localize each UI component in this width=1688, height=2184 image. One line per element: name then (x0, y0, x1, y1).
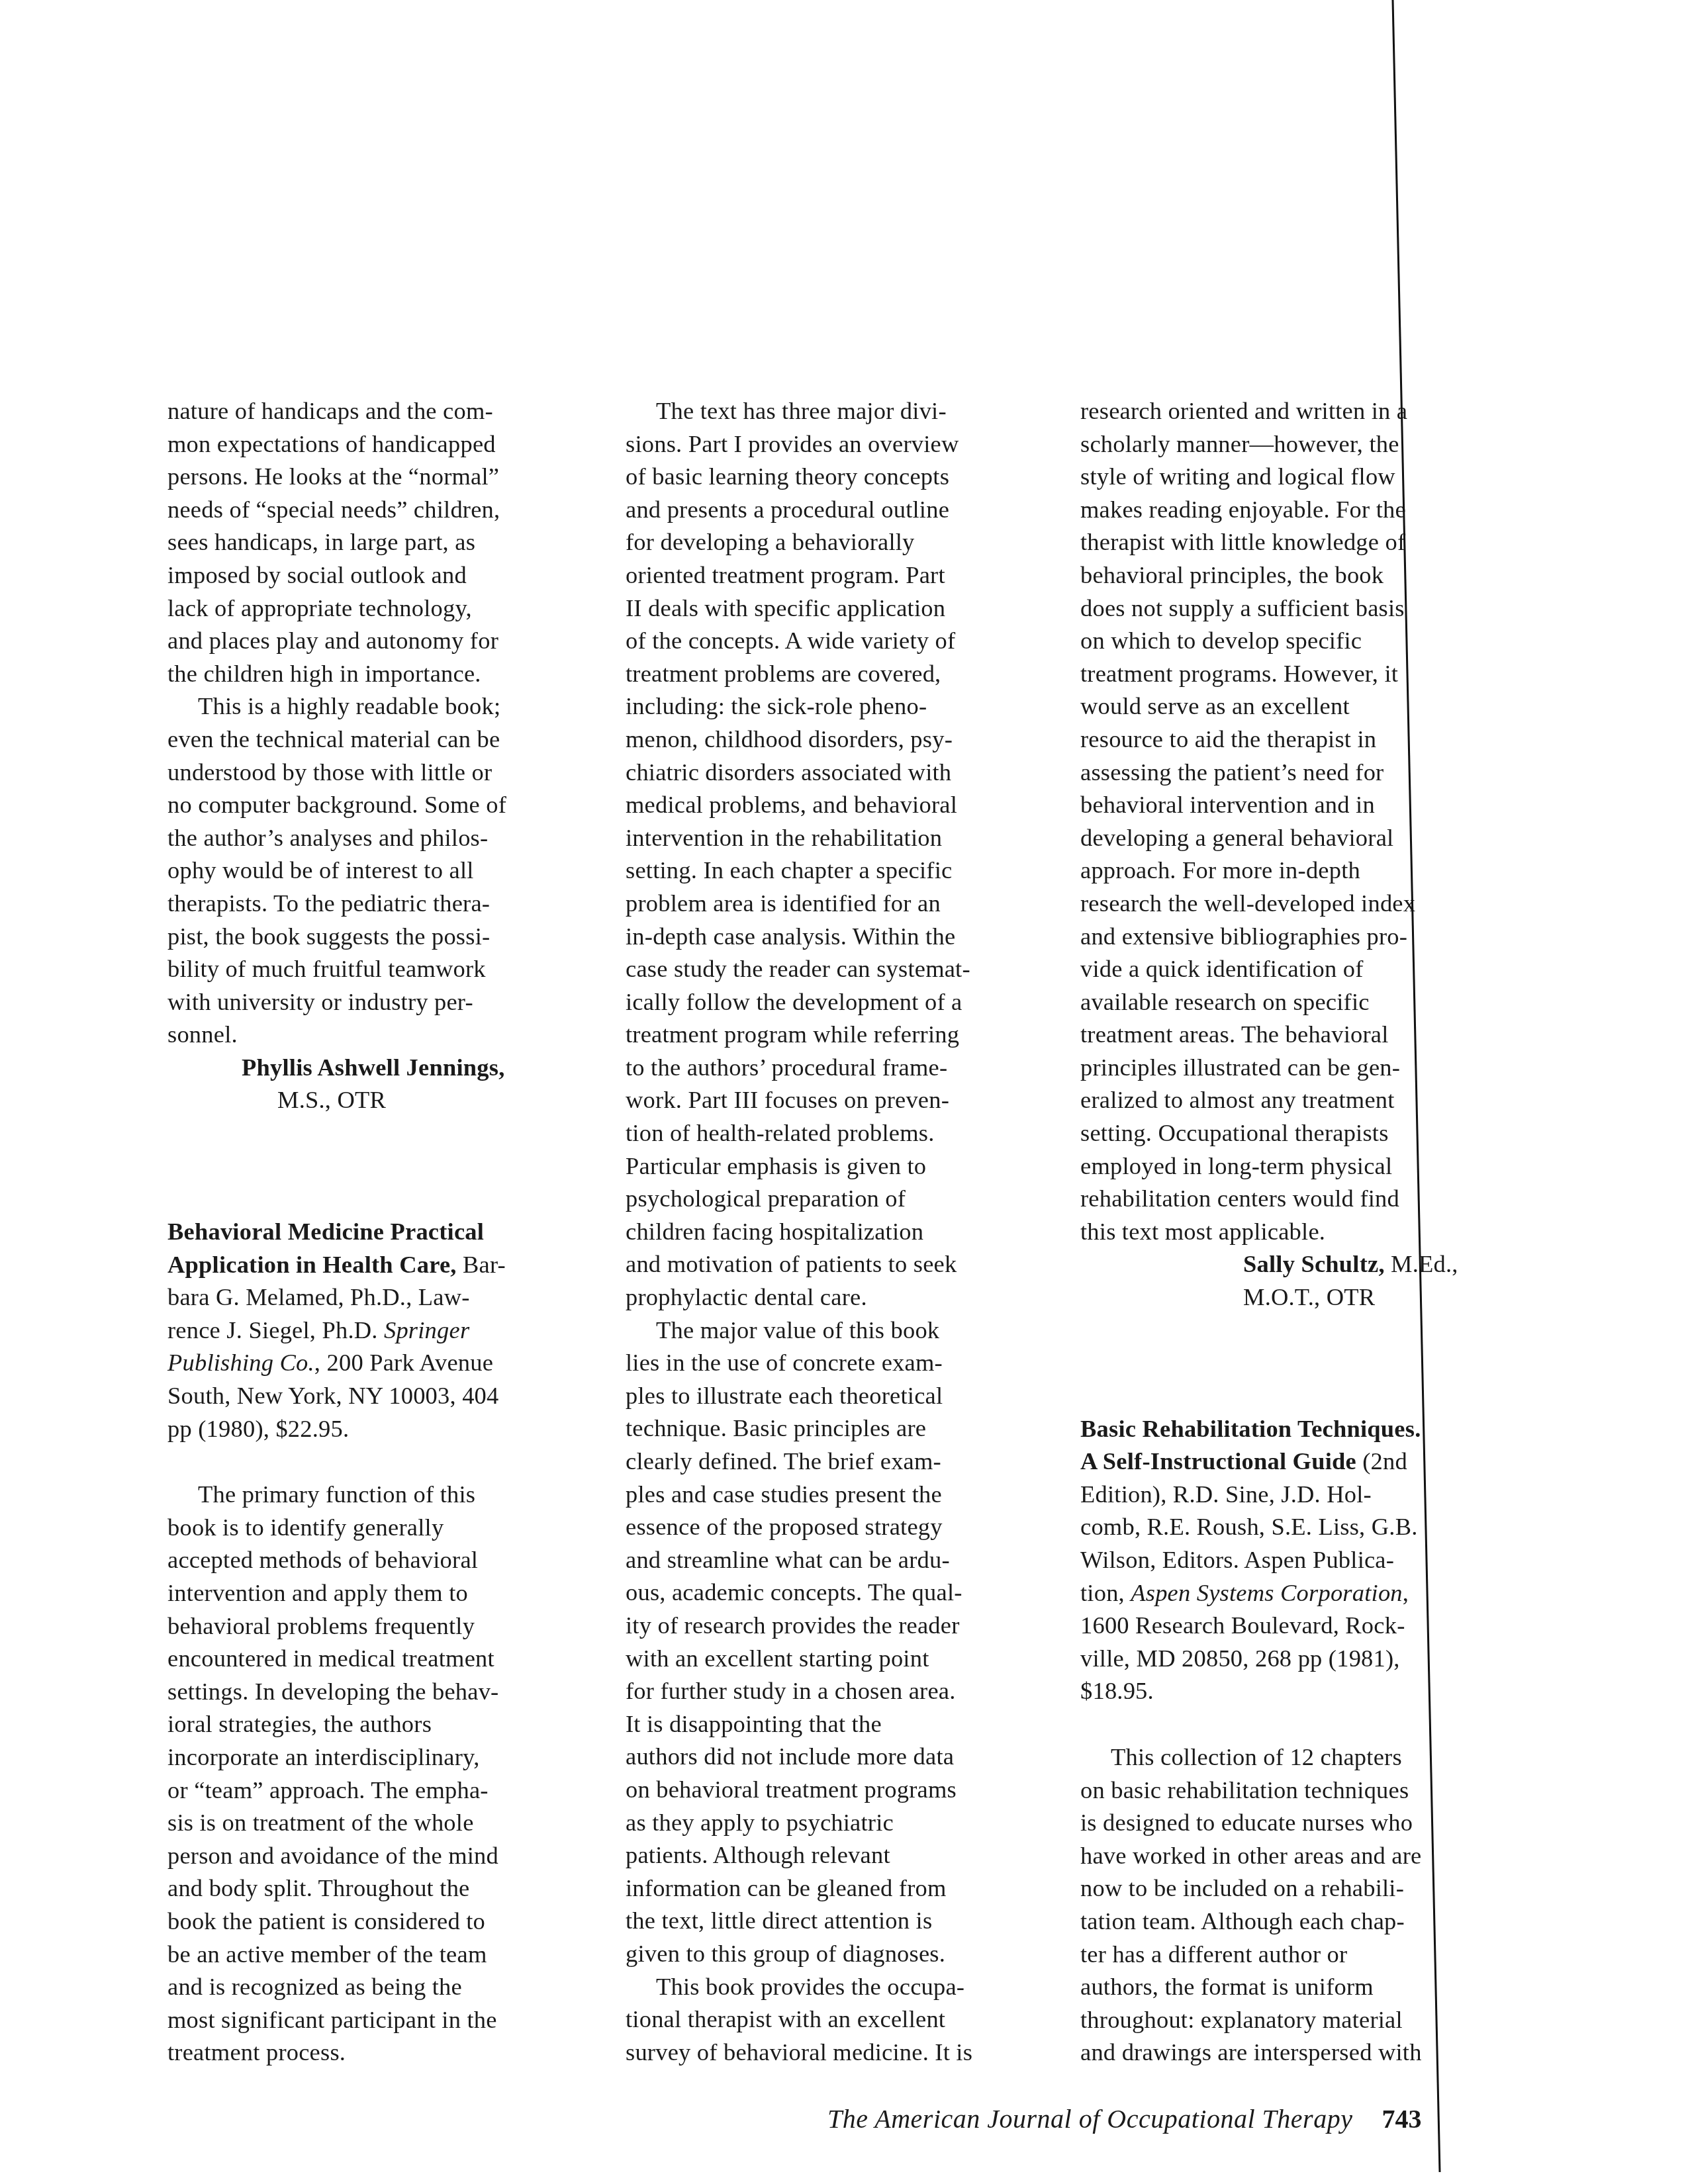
review2-paragraph-4-continued: research oriented and written in a schol… (1080, 394, 1511, 1248)
review2-paragraph-4: This book provides the occupa- tional th… (626, 1970, 1056, 2069)
text-line: oriented treatment program. Part (626, 559, 1056, 592)
text-line: makes reading enjoyable. For the (1080, 493, 1511, 526)
text-line: sis is on treatment of the whole (167, 1806, 598, 1839)
text-line: intervention and apply them to (167, 1576, 598, 1610)
text-line: The primary function of this (167, 1478, 598, 1511)
text-line: patients. Although relevant (626, 1839, 1056, 1872)
reviewer-credentials: M.S., OTR (167, 1083, 598, 1116)
text-line: authors did not include more data (626, 1740, 1056, 1773)
text-line: does not supply a sufficient basis (1080, 592, 1511, 625)
text-line: therapists. To the pediatric thera- (167, 887, 598, 920)
text-line: case study the reader can systemat- (626, 952, 1056, 985)
text-line: prophylactic dental care. (626, 1281, 1056, 1314)
text-line: and streamline what can be ardu- (626, 1543, 1056, 1576)
text-line: now to be included on a rehabili- (1080, 1872, 1511, 1905)
text-line: problem area is identified for an (626, 887, 1056, 920)
reviewer-signature: Phyllis Ashwell Jennings, M.S., OTR (167, 1051, 598, 1116)
text-line: sees handicaps, in large part, as (167, 525, 598, 559)
text-line: needs of “special needs” children, (167, 493, 598, 526)
text-line: accepted methods of behavioral (167, 1543, 598, 1576)
text-line: imposed by social outlook and (167, 559, 598, 592)
text-line: treatment program while referring (626, 1018, 1056, 1051)
text-line: and places play and autonomy for (167, 624, 598, 657)
text-line: Particular emphasis is given to (626, 1150, 1056, 1183)
citation-line: 1600 Research Boulevard, Rock- (1080, 1609, 1511, 1642)
page-footer: The American Journal of Occupational The… (827, 2103, 1421, 2134)
text-line: clearly defined. The brief exam- (626, 1445, 1056, 1478)
text-line: behavioral principles, the book (1080, 559, 1511, 592)
text-line: lack of appropriate technology, (167, 592, 598, 625)
text-line: and motivation of patients to seek (626, 1248, 1056, 1281)
text-line: The major value of this book (626, 1314, 1056, 1347)
publisher-name: Aspen Systems Corporation (1131, 1579, 1403, 1606)
text-line: the author’s analyses and philos- (167, 821, 598, 854)
text-line: of the concepts. A wide variety of (626, 624, 1056, 657)
text-line: ioral strategies, the authors (167, 1707, 598, 1741)
text-line: This collection of 12 chapters (1080, 1741, 1511, 1774)
text-line: II deals with specific application (626, 592, 1056, 625)
text-line: throughout: explanatory material (1080, 2003, 1511, 2036)
book-title-line: A Self-Instructional Guide (2nd (1080, 1445, 1511, 1478)
text-line: and drawings are interspersed with (1080, 2036, 1511, 2069)
text-line: intervention in the rehabilitation (626, 821, 1056, 854)
text-line: understood by those with little or (167, 756, 598, 789)
text-line: It is disappointing that the (626, 1707, 1056, 1741)
text-line: behavioral intervention and in (1080, 788, 1511, 821)
edition-text: (2nd (1356, 1447, 1407, 1475)
text-line: work. Part III focuses on preven- (626, 1083, 1056, 1116)
text-line: menon, childhood disorders, psy- (626, 723, 1056, 756)
citation-line: Edition), R.D. Sine, J.D. Hol- (1080, 1478, 1511, 1511)
spacer (167, 1116, 598, 1215)
review1-continued-paragraph: nature of handicaps and the com- mon exp… (167, 394, 598, 690)
citation-line: bara G. Melamed, Ph.D., Law- (167, 1281, 598, 1314)
text-line: chiatric disorders associated with (626, 756, 1056, 789)
text-line: most significant participant in the (167, 2003, 598, 2036)
text-line: treatment process. (167, 2036, 598, 2069)
text-line: and presents a procedural outline (626, 493, 1056, 526)
text-line: tation team. Although each chap- (1080, 1905, 1511, 1938)
text-line: nature of handicaps and the com- (167, 394, 598, 428)
author-text: Bar- (457, 1251, 506, 1278)
text-line: research the well-developed index (1080, 887, 1511, 920)
text-line: ically follow the development of a (626, 985, 1056, 1019)
text-line: behavioral problems frequently (167, 1610, 598, 1643)
text-line: developing a general behavioral (1080, 821, 1511, 854)
text-line: technique. Basic principles are (626, 1412, 1056, 1445)
citation-line: South, New York, NY 10003, 404 (167, 1379, 598, 1412)
text-line: sonnel. (167, 1018, 598, 1051)
review2-citation-heading: Behavioral Medicine Practical Applicatio… (167, 1215, 598, 1445)
review1-paragraph-2: This is a highly readable book; even the… (167, 690, 598, 1051)
text-line: would serve as an excellent (1080, 690, 1511, 723)
text-line: sions. Part I provides an overview (626, 428, 1056, 461)
citation-line: Wilson, Editors. Aspen Publica- (1080, 1543, 1511, 1576)
text-line: on which to develop specific (1080, 624, 1511, 657)
text-line: authors, the format is uniform (1080, 1970, 1511, 2003)
text-line: the children high in importance. (167, 657, 598, 690)
text-line: pist, the book suggests the possi- (167, 920, 598, 953)
review2-paragraph-1: The primary function of this book is to … (167, 1478, 598, 2069)
column-left: nature of handicaps and the com- mon exp… (167, 394, 598, 2069)
text-line: research oriented and written in a (1080, 394, 1511, 428)
review3-citation-heading: Basic Rehabilitation Techniques. A Self-… (1080, 1412, 1511, 1707)
text-line: children facing hospitalization (626, 1215, 1056, 1248)
review3-paragraph-1: This collection of 12 chapters on basic … (1080, 1741, 1511, 2069)
text-line: vide a quick identification of (1080, 952, 1511, 985)
text-line: for further study in a chosen area. (626, 1674, 1056, 1707)
text-line: setting. In each chapter a specific (626, 854, 1056, 887)
text-line: book the patient is considered to (167, 1905, 598, 1938)
text-line: style of writing and logical flow (1080, 460, 1511, 493)
reviewer-name-line: Sally Schultz, M.Ed., (1080, 1248, 1511, 1281)
text-line: ples to illustrate each theoretical (626, 1379, 1056, 1412)
author-text: rence J. Siegel, Ph.D. (167, 1316, 384, 1343)
text-line: incorporate an interdisciplinary, (167, 1741, 598, 1774)
text-line: and body split. Throughout the (167, 1872, 598, 1905)
text-line: principles illustrated can be gen- (1080, 1051, 1511, 1084)
book-title-line: Application in Health Care, Bar- (167, 1248, 598, 1281)
reviewer-name: Phyllis Ashwell Jennings, (167, 1051, 598, 1084)
review2-paragraph-3: The major value of this book lies in the… (626, 1314, 1056, 1970)
column-middle: The text has three major divi- sions. Pa… (626, 394, 1056, 2068)
text-line: This is a highly readable book; (167, 690, 598, 723)
text-line: given to this group of diagnoses. (626, 1937, 1056, 1970)
text-line: as they apply to psychiatric (626, 1806, 1056, 1839)
text-line: setting. Occupational therapists (1080, 1116, 1511, 1150)
text-line: therapist with little knowledge of (1080, 525, 1511, 559)
publisher-name: Publishing Co. (167, 1349, 314, 1376)
text-line: this text most applicable. (1080, 1215, 1511, 1248)
text-line: or “team” approach. The empha- (167, 1774, 598, 1807)
citation-line: tion, Aspen Systems Corporation, (1080, 1576, 1511, 1610)
book-title-line: Behavioral Medicine Practical (167, 1215, 598, 1248)
reviewer-credentials: M.O.T., OTR (1080, 1281, 1511, 1314)
text-line: the text, little direct attention is (626, 1904, 1056, 1937)
text-line: persons. He looks at the “normal” (167, 460, 598, 493)
text-line: of basic learning theory concepts (626, 460, 1056, 493)
text-line: even the technical material can be (167, 723, 598, 756)
text-line: with an excellent starting point (626, 1642, 1056, 1675)
text-line: psychological preparation of (626, 1182, 1056, 1215)
punctuation: , (1403, 1579, 1409, 1606)
text-line: is designed to educate nurses who (1080, 1806, 1511, 1839)
text-line: tion of health-related problems. (626, 1116, 1056, 1150)
journal-title: The American Journal of Occupational The… (827, 2104, 1352, 2134)
publisher-name: Springer (384, 1316, 469, 1343)
citation-line: pp (1980), $22.95. (167, 1412, 598, 1445)
text-line: settings. In developing the behav- (167, 1675, 598, 1708)
text-line: The text has three major divi- (626, 394, 1056, 428)
review2-paragraph-2: The text has three major divi- sions. Pa… (626, 394, 1056, 1314)
reviewer-signature: Sally Schultz, M.Ed., M.O.T., OTR (1080, 1248, 1511, 1313)
text-line: have worked in other areas and are (1080, 1839, 1511, 1872)
text-line: to the authors’ procedural frame- (626, 1051, 1056, 1084)
spacer (1080, 1314, 1511, 1412)
text-line: employed in long-term physical (1080, 1150, 1511, 1183)
column-right: research oriented and written in a schol… (1080, 394, 1511, 2069)
citation-line: $18.95. (1080, 1674, 1511, 1707)
text-line: on basic rehabilitation techniques (1080, 1774, 1511, 1807)
page-number: 743 (1382, 2104, 1421, 2134)
citation-line: comb, R.E. Roush, S.E. Liss, G.B. (1080, 1510, 1511, 1543)
text-line: on behavioral treatment programs (626, 1773, 1056, 1806)
text-line: person and avoidance of the mind (167, 1839, 598, 1872)
text-line: no computer background. Some of (167, 788, 598, 821)
text-line: available research on specific (1080, 985, 1511, 1019)
book-title-bold: A Self-Instructional Guide (1080, 1447, 1356, 1475)
text-line: medical problems, and behavioral (626, 788, 1056, 821)
reviewer-degree: M.Ed., (1385, 1250, 1458, 1277)
text-line: information can be gleaned from (626, 1872, 1056, 1905)
text-line: ter has a different author or (1080, 1938, 1511, 1971)
text-line: treatment programs. However, it (1080, 657, 1511, 690)
text-line: encountered in medical treatment (167, 1642, 598, 1675)
book-title-line: Basic Rehabilitation Techniques. (1080, 1412, 1511, 1445)
text-line: ophy would be of interest to all (167, 854, 598, 887)
text-line: scholarly manner—however, the (1080, 428, 1511, 461)
publisher-address: , 200 Park Avenue (314, 1349, 493, 1376)
text-line: book is to identify generally (167, 1511, 598, 1544)
text-line: treatment areas. The behavioral (1080, 1018, 1511, 1051)
text-line: essence of the proposed strategy (626, 1510, 1056, 1543)
text-line: ples and case studies present the (626, 1478, 1056, 1511)
text-line: treatment problems are covered, (626, 657, 1056, 690)
reviewer-name: Sally Schultz, (1243, 1250, 1385, 1277)
text-line: for developing a behaviorally (626, 525, 1056, 559)
text-line: rehabilitation centers would find (1080, 1182, 1511, 1215)
book-title-bold: Application in Health Care, (167, 1251, 457, 1278)
text-line: be an active member of the team (167, 1938, 598, 1971)
text-line: This book provides the occupa- (626, 1970, 1056, 2003)
citation-line: Publishing Co., 200 Park Avenue (167, 1346, 598, 1379)
citation-line: ville, MD 20850, 268 pp (1981), (1080, 1642, 1511, 1675)
text-line: including: the sick-role pheno- (626, 690, 1056, 723)
spacer (1080, 1707, 1511, 1741)
citation-line: rence J. Siegel, Ph.D. Springer (167, 1314, 598, 1347)
text-line: approach. For more in-depth (1080, 854, 1511, 887)
text-line: survey of behavioral medicine. It is (626, 2036, 1056, 2069)
text-line: bility of much fruitful teamwork (167, 952, 598, 985)
text-line: lies in the use of concrete exam- (626, 1346, 1056, 1379)
text-line: eralized to almost any treatment (1080, 1083, 1511, 1116)
text-line: in-depth case analysis. Within the (626, 920, 1056, 953)
publisher-text: tion, (1080, 1579, 1131, 1606)
text-line: with university or industry per- (167, 985, 598, 1019)
text-line: mon expectations of handicapped (167, 428, 598, 461)
text-line: ous, academic concepts. The qual- (626, 1576, 1056, 1609)
text-line: resource to aid the therapist in (1080, 723, 1511, 756)
text-line: tional therapist with an excellent (626, 2003, 1056, 2036)
spacer (167, 1445, 598, 1478)
text-line: and extensive bibliographies pro- (1080, 920, 1511, 953)
text-line: assessing the patient’s need for (1080, 756, 1511, 789)
text-line: ity of research provides the reader (626, 1609, 1056, 1642)
text-line: and is recognized as being the (167, 1970, 598, 2003)
